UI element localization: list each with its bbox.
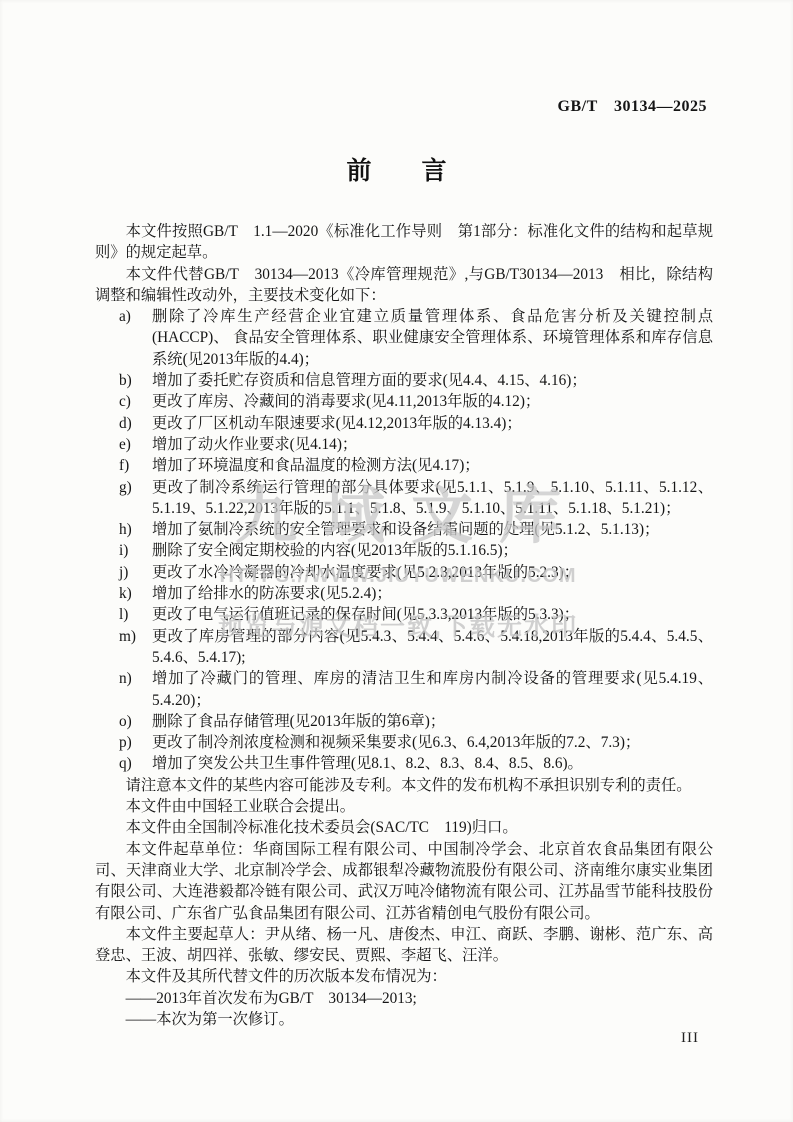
change-list-item: j) 更改了水冷冷凝器的冷却水温度要求(见5.2.3,2013年版的5.2.3)…	[95, 562, 713, 583]
change-list-item: i) 删除了安全阀定期校验的内容(见2013年版的5.1.16.5)；	[95, 540, 713, 561]
closing-paragraph: 本文件起草单位：华商国际工程有限公司、中国制冷学会、北京首农食品集团有限公司、天…	[95, 839, 713, 924]
list-item-text: 更改了库房管理的部分内容(见5.4.3、5.4.4、5.4.6、5.4.18,2…	[152, 628, 713, 666]
change-list-item: k) 增加了给排水的防冻要求(见5.2.4)；	[95, 583, 713, 604]
list-marker: n)	[119, 668, 132, 689]
page-number: III	[681, 1030, 699, 1047]
list-marker: f)	[119, 455, 129, 476]
list-marker: e)	[119, 434, 131, 455]
change-list-item: e) 增加了动火作业要求(见4.14)；	[95, 434, 713, 455]
list-item-text: 更改了水冷冷凝器的冷却水温度要求(见5.2.3,2013年版的5.2.3)；	[152, 564, 579, 581]
list-item-text: 增加了冷藏门的管理、库房的清洁卫生和库房内制冷设备的管理要求(见5.4.19、5…	[152, 670, 713, 708]
list-item-text: 增加了突发公共卫生事件管理(见8.1、8.2、8.3、8.4、8.5、8.6)。	[152, 755, 583, 772]
list-item-text: 增加了委托贮存资质和信息管理方面的要求(见4.4、4.15、4.16)；	[152, 372, 587, 389]
intro-paragraph: 本文件按照GB/T 1.1—2020《标准化工作导则 第1部分：标准化文件的结构…	[95, 221, 713, 264]
list-marker: j)	[119, 562, 128, 583]
change-list-item: p) 更改了制冷剂浓度检测和视频采集要求(见6.3、6.4,2013年版的7.2…	[95, 732, 713, 753]
page-title: 前 言	[0, 151, 793, 187]
change-list-item: l) 更改了电气运行值班记录的保存时间(见5.3.3,2013年版的5.3.3)…	[95, 604, 713, 625]
list-marker: h)	[119, 519, 132, 540]
change-list-item: c) 更改了库房、冷藏间的消毒要求(见4.11,2013年版的4.12)；	[95, 391, 713, 412]
closing-paragraph: 本文件及其所代替文件的历次版本发布情况为：	[95, 966, 713, 987]
list-item-text: 删除了食品存储管理(见2013年版的第6章)；	[152, 713, 445, 730]
list-item-text: 更改了制冷剂浓度检测和视频采集要求(见6.3、6.4,2013年版的7.2、7.…	[152, 734, 640, 751]
list-marker: i)	[119, 540, 128, 561]
list-marker: o)	[119, 711, 132, 732]
intro-paragraph: 本文件代替GB/T 30134—2013《冷库管理规范》,与GB/T30134—…	[95, 264, 713, 307]
closing-paragraph: 本文件主要起草人：尹从绪、杨一凡、唐俊杰、申江、商跃、李鹏、谢彬、范广东、高登忠…	[95, 924, 713, 967]
list-item-text: 增加了动火作业要求(见4.14)；	[152, 436, 357, 453]
list-item-text: 更改了制冷系统运行管理的部分具体要求(见5.1.1、5.1.9、5.1.10、5…	[152, 479, 713, 517]
change-list-item: n) 增加了冷藏门的管理、库房的清洁卫生和库房内制冷设备的管理要求(见5.4.1…	[95, 668, 713, 711]
closing-paragraph: 本文件由中国轻工业联合会提出。	[95, 796, 713, 817]
revision-history-item: ——2013年首次发布为GB/T 30134—2013;	[95, 988, 713, 1009]
change-list-item: f) 增加了环境温度和食品温度的检测方法(见4.17)；	[95, 455, 713, 476]
list-item-text: 增加了环境温度和食品温度的检测方法(见4.17)；	[152, 457, 480, 474]
list-marker: q)	[119, 753, 132, 774]
list-item-text: 删除了冷库生产经营企业宜建立质量管理体系、食品危害分析及关键控制点(HACCP)…	[152, 308, 713, 368]
change-list-item: h) 增加了氨制冷系统的安全管理要求和设备结霜问题的处理(见5.1.2、5.1.…	[95, 519, 713, 540]
document-page: GB/T 30134—2025 前 言 本文件按照GB/T 1.1—2020《标…	[0, 0, 793, 1122]
list-marker: l)	[119, 604, 128, 625]
change-list-item: g) 更改了制冷系统运行管理的部分具体要求(见5.1.1、5.1.9、5.1.1…	[95, 477, 713, 520]
change-list-item: d) 更改了厂区机动车限速要求(见4.12,2013年版的4.13.4)；	[95, 413, 713, 434]
list-marker: a)	[119, 306, 131, 327]
list-item-text: 增加了给排水的防冻要求(见5.2.4)；	[152, 585, 392, 602]
list-marker: c)	[119, 391, 131, 412]
list-marker: d)	[119, 413, 132, 434]
closing-paragraph: 请注意本文件的某些内容可能涉及专利。本文件的发布机构不承担识别专利的责任。	[95, 775, 713, 796]
change-list-item: b) 增加了委托贮存资质和信息管理方面的要求(见4.4、4.15、4.16)；	[95, 370, 713, 391]
list-marker: p)	[119, 732, 132, 753]
list-item-text: 删除了安全阀定期校验的内容(见2013年版的5.1.16.5)；	[152, 542, 518, 559]
change-list-item: q) 增加了突发公共卫生事件管理(见8.1、8.2、8.3、8.4、8.5、8.…	[95, 753, 713, 774]
list-item-text: 更改了厂区机动车限速要求(见4.12,2013年版的4.13.4)；	[152, 415, 522, 432]
standard-number: GB/T 30134—2025	[95, 93, 707, 116]
list-item-text: 增加了氨制冷系统的安全管理要求和设备结霜问题的处理(见5.1.2、5.1.13)…	[152, 521, 659, 538]
list-marker: m)	[119, 626, 136, 647]
list-marker: g)	[119, 477, 132, 498]
list-marker: k)	[119, 583, 132, 604]
change-list-item: m) 更改了库房管理的部分内容(见5.4.3、5.4.4、5.4.6、5.4.1…	[95, 626, 713, 669]
list-marker: b)	[119, 370, 132, 391]
list-item-text: 更改了电气运行值班记录的保存时间(见5.3.3,2013年版的5.3.3)；	[152, 606, 579, 623]
change-list-item: o) 删除了食品存储管理(见2013年版的第6章)；	[95, 711, 713, 732]
revision-history-item: ——本次为第一次修订。	[95, 1009, 713, 1030]
closing-paragraph: 本文件由全国制冷标准化技术委员会(SAC/TC 119)归口。	[95, 817, 713, 838]
change-list-item: a) 删除了冷库生产经营企业宜建立质量管理体系、食品危害分析及关键控制点(HAC…	[95, 306, 713, 370]
foreword-body: 本文件按照GB/T 1.1—2020《标准化工作导则 第1部分：标准化文件的结构…	[95, 221, 713, 1030]
list-item-text: 更改了库房、冷藏间的消毒要求(见4.11,2013年版的4.12)；	[152, 393, 540, 410]
